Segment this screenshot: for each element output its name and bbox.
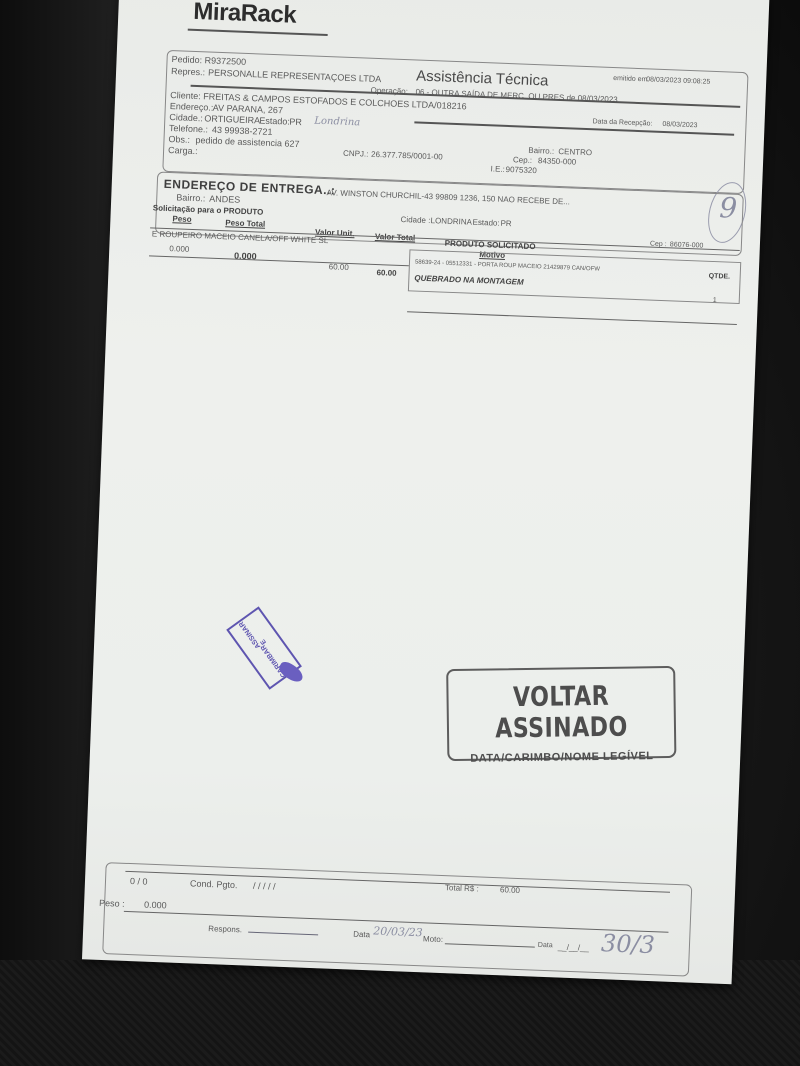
total-value: 60.00 [500,885,520,895]
pedido-value: R9372500 [204,55,246,67]
peso-value: 0.000 [144,900,167,911]
telefone-label: Telefone.: [169,123,208,134]
signature [248,914,319,936]
entrega-estado-value: PR [500,219,511,228]
peso-label: Peso : [99,898,125,909]
entrega-cidade-label: Cidade : [400,215,430,225]
data-recepcao-value: 08/03/2023 [662,121,697,129]
ie-label: I.E.: [490,164,505,174]
entrega-cidade-value: LONDRINA [430,216,472,227]
data2-blank: __/__/__ [558,943,589,953]
parcelas-value: 0 / 0 [130,876,148,887]
cnpj-label: CNPJ.: [343,149,369,159]
pedido-label: Pedido: [171,54,202,65]
assistencia-tecnica-form: MiraRack Pedido: R9372500 Assistência Té… [82,0,770,984]
emitido-label: emitido em [613,75,647,83]
company-logo: MiraRack [193,0,297,30]
col-peso-total: Peso Total [225,218,265,229]
repres-label: Repres.: [171,66,205,77]
data1-value: 20/03/23 [373,924,423,939]
stamp-line1: VOLTAR ASSINADO [469,680,654,745]
ie-value: 9075320 [505,165,536,175]
total-label: Total R$ : [445,883,479,893]
voltar-assinado-stamp: VOLTAR ASSINADO DATA/CARIMBO/NOME LEGÍVE… [446,666,676,761]
stamp-line2: DATA/CARIMBO/NOME LEGÍVEL [449,750,674,765]
data1-label: Data [353,930,370,940]
handwritten-city: Londrina [314,116,360,129]
entrega-bairro-label: Bairro.: [176,192,205,203]
moto-label: Moto: [423,934,443,944]
bairro-label: Bairro.: [528,146,554,156]
carga-label: Carga.: [168,145,198,156]
bairro-value: CENTRO [558,147,592,157]
cep-label: Cep.: [513,155,532,165]
data2-label: Data [538,942,553,950]
entrega-estado-label: Estado: [472,218,499,228]
row-valor-total: 60.00 [376,268,396,278]
logo-underline [188,29,328,36]
data2-handwritten: 30/3 [600,929,655,959]
estado-label: Estado: [259,115,290,126]
cond-pgto-label: Cond. Pgto. [190,878,238,890]
col-peso: Peso [172,214,191,224]
row-peso: 0.000 [169,244,189,254]
obs-label: Obs.: [168,134,190,145]
row-qtde: 1 [713,297,717,304]
endereco-label: Endereço.: [170,101,214,113]
respons-label: Respons. [208,924,242,934]
cep-value: 84350-000 [538,156,577,166]
row-divider [149,255,409,266]
cidade-value: ORTIGUEIRA [204,113,260,125]
table-bottom-divider [407,311,737,325]
estado-value: PR [289,117,302,127]
entrega-bairro-value: ANDES [209,194,240,205]
cliente-label: Cliente: [170,90,201,101]
cidade-label: Cidade.: [169,112,203,123]
cond-pgto-value: / / / / / [253,881,276,892]
